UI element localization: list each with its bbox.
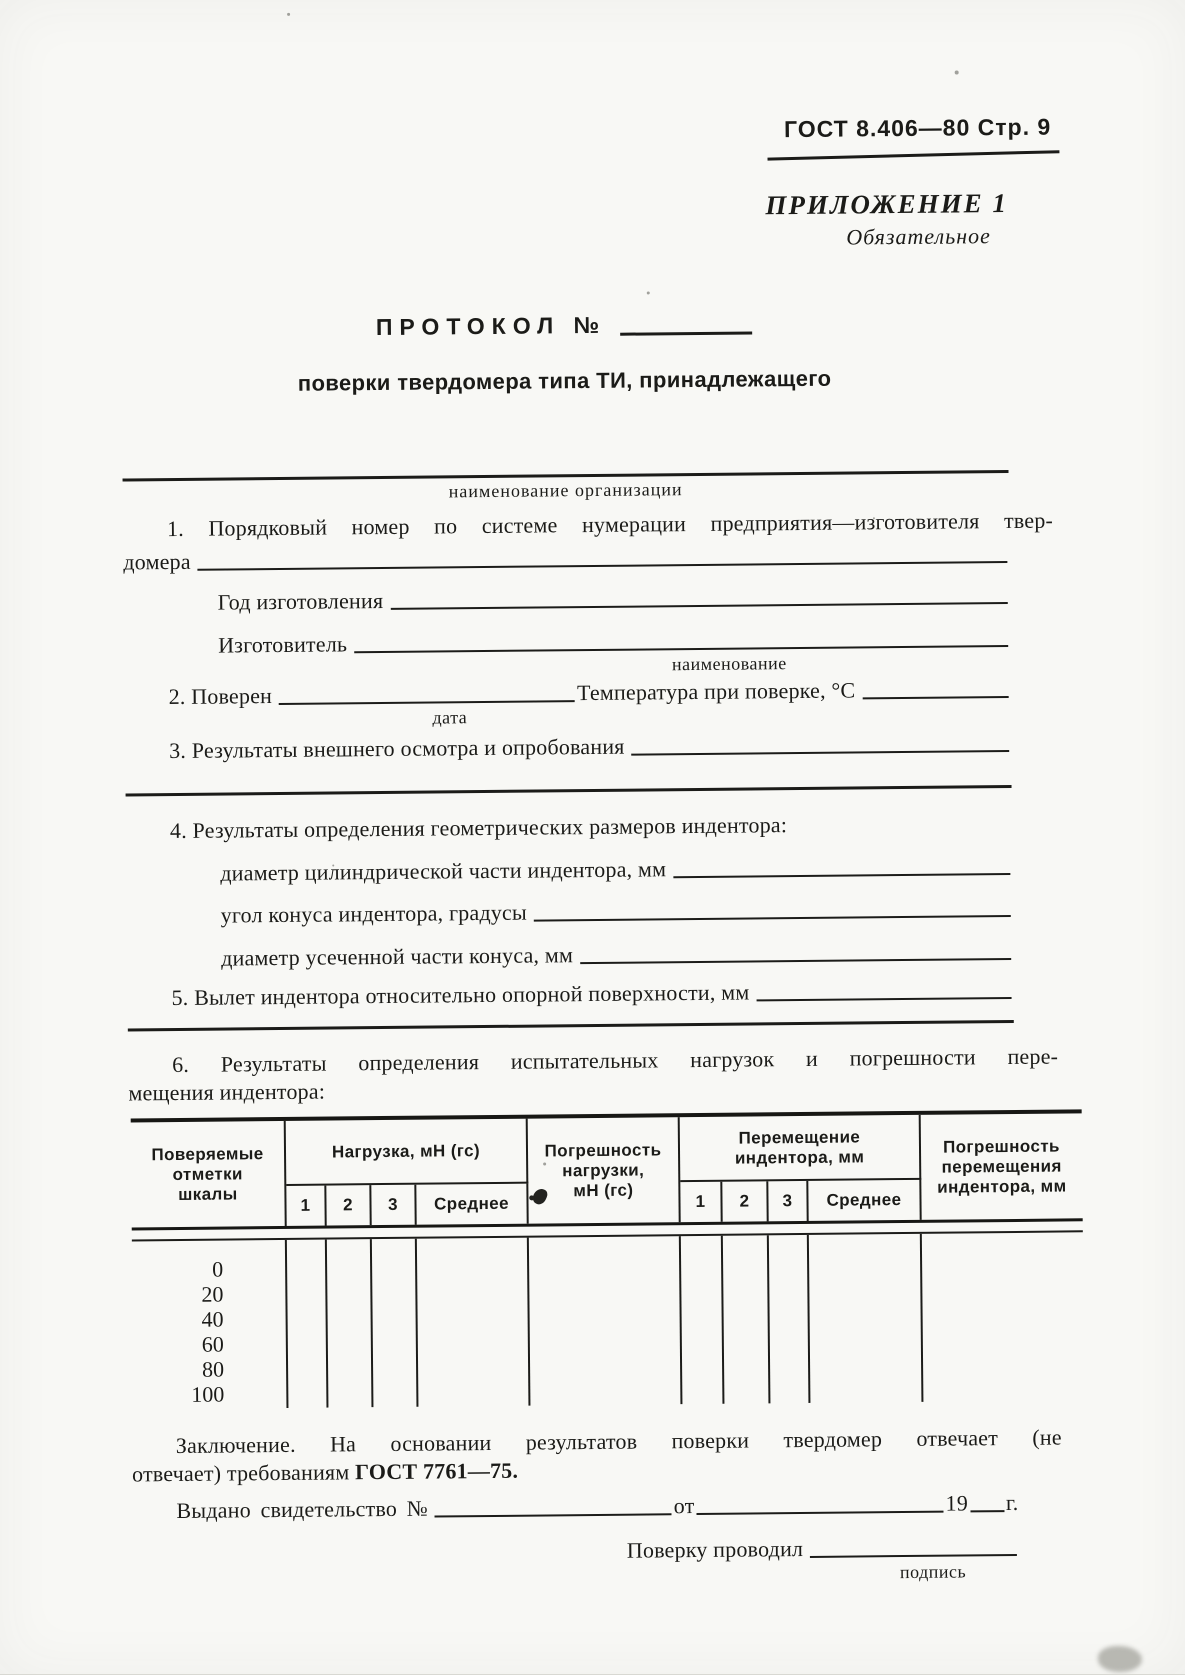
indenter-diameter-label: диаметр цилиндрической части индентора, … (220, 855, 666, 886)
empty-cell-column (681, 1236, 725, 1404)
verified-label: 2. Поверен (169, 682, 273, 710)
item1-row2: домера (123, 540, 1009, 576)
indenter-overhang-row: 5. Вылет индентора относительно опорной … (127, 976, 1013, 1012)
item1-text-line2: домера (123, 548, 191, 576)
cone-angle-label: угол конуса индентора, градусы (221, 899, 527, 929)
year-label: Год изготовления (218, 587, 384, 616)
protocol-title: ПРОТОКОЛ № (376, 312, 607, 341)
results-table: Поверяемые отметки шкалы Нагрузка, мН (г… (131, 1109, 1085, 1409)
empty-cell-column (327, 1239, 374, 1407)
table-body: 0 20 40 60 80 100 (132, 1232, 1085, 1409)
signature-caption: подпись (843, 1561, 1023, 1583)
protocol-number-blank (620, 331, 752, 335)
inspection-row: 3. Результаты внешнего осмотра и опробов… (125, 729, 1011, 765)
scale-mark-value: 40 (132, 1307, 223, 1333)
protocol-title-row: ПРОТОКОЛ № (121, 308, 1007, 344)
column-group-load: Нагрузка, мН (гс) (286, 1119, 529, 1186)
subcolumn-move-3: 3 (768, 1181, 808, 1221)
scan-speck (873, 517, 875, 519)
indenter-overhang-blank-line (757, 997, 1012, 1001)
empty-cell-column (529, 1236, 683, 1405)
subcolumn-move-2: 2 (722, 1181, 768, 1221)
scan-speck (543, 1162, 546, 1165)
column-header-load-error: Погрешность нагрузки, мН (гс) (528, 1117, 681, 1223)
gost-reference: ГОСТ 7761—75. (355, 1458, 518, 1485)
empty-cell-column (723, 1235, 771, 1403)
truncated-cone-blank-line (580, 958, 1011, 964)
gost-header-rule (767, 150, 1059, 160)
scale-mark-value: 0 (132, 1257, 223, 1283)
year-row: Год изготовления (124, 581, 1010, 617)
item1-blank-line (198, 561, 1008, 571)
protocol-subtitle: поверки твердомера типа ТИ, принадлежаще… (122, 364, 1008, 399)
cone-angle-blank-line (534, 915, 1011, 922)
manufacturer-label: Изготовитель (218, 630, 347, 658)
truncated-cone-row: диаметр усеченной части конуса, мм (127, 937, 1013, 973)
empty-cell-column (287, 1240, 329, 1408)
inspection-blank-line (632, 750, 1010, 756)
signature-row: Поверку проводил подпись (133, 1533, 1019, 1569)
certificate-date-blank-line (697, 1511, 944, 1515)
date-caption: дата (375, 707, 525, 728)
item4-heading: 4. Результаты определения геометрических… (126, 809, 1056, 845)
scan-corner-artifact (1098, 1646, 1142, 1672)
subcolumn-load-1: 1 (286, 1186, 326, 1226)
empty-cell-column (809, 1234, 924, 1403)
verified-date-blank-line (279, 700, 575, 705)
column-header-movement-error: Погрешность перемещения индентора, мм (921, 1113, 1083, 1220)
empty-cell-column (769, 1235, 811, 1403)
certificate-year-blank-line (970, 1510, 1004, 1512)
temperature-blank-line (862, 696, 1008, 699)
empty-cell-column (922, 1232, 1085, 1402)
subcolumn-load-average: Среднее (416, 1184, 528, 1225)
manufacturer-row: Изготовитель наименование (124, 624, 1010, 660)
scan-speck (332, 864, 334, 866)
temperature-label: Температура при поверке, °С (577, 676, 855, 706)
appendix-title: ПРИЛОЖЕНИЕ 1 (765, 188, 1008, 221)
certificate-year-suffix: г. (1006, 1489, 1019, 1516)
subcolumn-load-3: 3 (371, 1185, 416, 1225)
certificate-issued-label: Выдано свидетельство № (176, 1495, 428, 1524)
indenter-diameter-row: диаметр цилиндрической части индентора, … (126, 852, 1012, 888)
subcolumn-move-1: 1 (680, 1182, 722, 1222)
inspection-blank-line-2 (126, 785, 1012, 796)
truncated-cone-label: диаметр усеченной части конуса, мм (221, 941, 573, 971)
column-header-scale-marks: Поверяемые отметки шкалы (131, 1121, 287, 1227)
certificate-from-label: от (674, 1492, 695, 1519)
empty-cell-column (417, 1238, 531, 1407)
scale-mark-value: 80 (133, 1357, 224, 1383)
column-group-movement: Перемещение индентора, мм (680, 1115, 922, 1182)
certificate-number-blank-line (435, 1513, 672, 1517)
table-header: Поверяемые отметки шкалы Нагрузка, мН (г… (131, 1113, 1083, 1227)
verifier-label: Поверку проводил (627, 1535, 804, 1564)
year-blank-line (390, 602, 1007, 610)
indenter-overhang-blank-line-2 (128, 1020, 1014, 1031)
scanned-document-page: ГОСТ 8.406—80 Стр. 9 ПРИЛОЖЕНИЕ 1 Обязат… (0, 0, 1185, 1675)
certificate-row: Выдано свидетельство № от 19 г. (132, 1489, 1018, 1525)
inspection-label: 3. Результаты внешнего осмотра и опробов… (169, 733, 625, 764)
manufacturer-blank-line (354, 645, 1008, 653)
scale-mark-value: 20 (132, 1282, 223, 1308)
scan-speck (647, 291, 650, 294)
appendix-kind: Обязательное (846, 223, 991, 250)
scan-speck (287, 13, 290, 16)
document-sheet: ГОСТ 8.406—80 Стр. 9 ПРИЛОЖЕНИЕ 1 Обязат… (0, 0, 1185, 1675)
verified-row: 2. Поверен Температура при поверке, °С д… (125, 675, 1011, 711)
scale-marks-column: 0 20 40 60 80 100 (132, 1240, 289, 1409)
subcolumn-load-2: 2 (326, 1185, 371, 1225)
gost-page-header: ГОСТ 8.406—80 Стр. 9 (784, 114, 1051, 144)
signature-blank-line (810, 1554, 1017, 1558)
manufacturer-caption: наименование (649, 653, 809, 675)
scale-mark-value: 100 (133, 1382, 224, 1408)
organization-caption: наименование организации (123, 476, 1009, 506)
indenter-overhang-label: 5. Вылет индентора относительно опорной … (171, 979, 749, 1012)
cone-angle-row: угол конуса индентора, градусы (127, 894, 1013, 930)
item1-text-line1: 1. Порядковый номер по системе нумерации… (123, 507, 1053, 543)
certificate-year-prefix: 19 (945, 1489, 968, 1516)
empty-cell-column (372, 1239, 419, 1407)
scan-speck (955, 70, 959, 74)
indenter-diameter-blank-line (673, 873, 1010, 878)
subcolumn-move-average: Среднее (808, 1180, 921, 1221)
scale-mark-value: 60 (133, 1332, 224, 1358)
